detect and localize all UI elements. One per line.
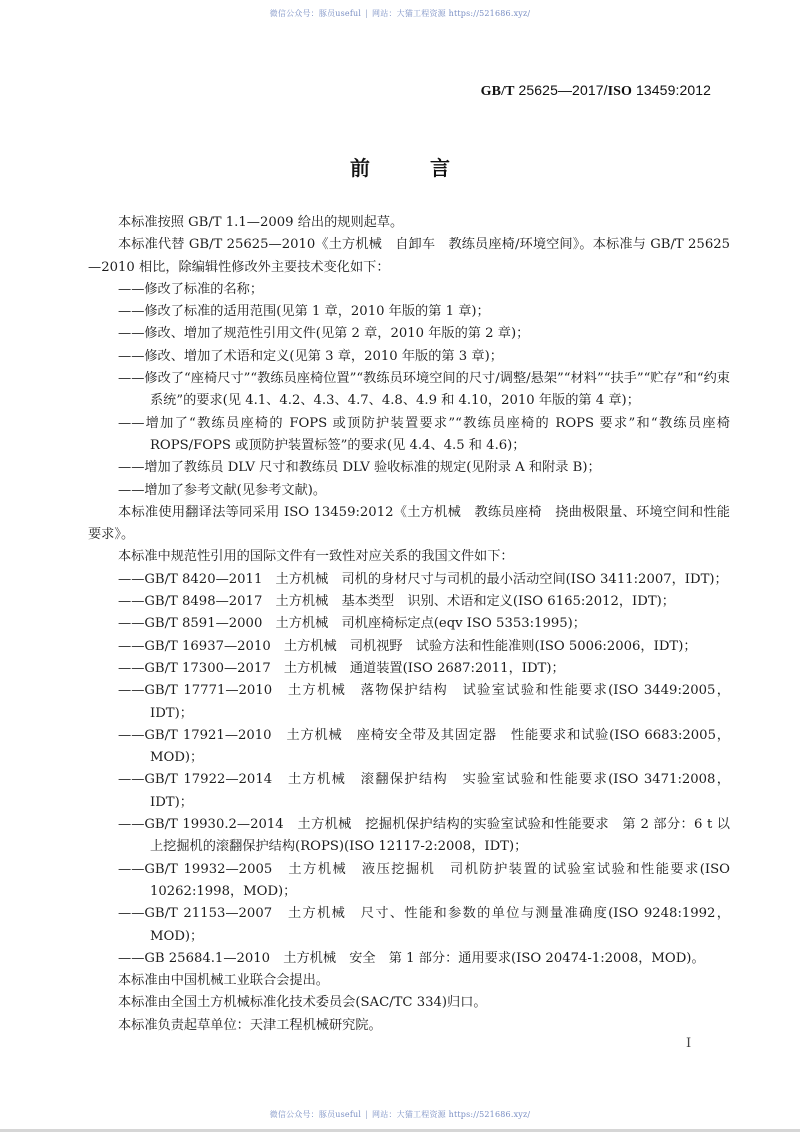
list-item: ——修改了标准的适用范围(见第 1 章，2010 年版的第 1 章)；	[88, 301, 730, 323]
watermark-wechat-text: 微信公众号：豚员useful	[270, 9, 361, 18]
paragraph: 本标准由中国机械工业联合会提出。	[88, 970, 730, 992]
page-title: 前言	[0, 152, 800, 181]
iso-number: 13459:2012	[632, 82, 711, 98]
list-item: ——增加了参考文献(见参考文献)。	[88, 480, 730, 502]
foreword-body: 本标准按照 GB/T 1.1—2009 给出的规则起草。本标准代替 GB/T 2…	[88, 212, 730, 1037]
paragraph: 本标准由全国土方机械标准化技术委员会(SAC/TC 334)归口。	[88, 992, 730, 1014]
list-item: ——GB/T 17922—2014 土方机械 滚翻保护结构 实验室试验和性能要求…	[88, 769, 730, 814]
paragraph: 本标准代替 GB/T 25625—2010《土方机械 自卸车 教练员座椅/环境空…	[88, 234, 730, 279]
list-item: ——GB/T 8498—2017 土方机械 基本类型 识别、术语和定义(ISO …	[88, 591, 730, 613]
list-item: ——GB/T 21153—2007 土方机械 尺寸、性能和参数的单位与测量准确度…	[88, 903, 730, 948]
standard-number: 25625—2017/	[515, 82, 608, 98]
list-item: ——修改、增加了规范性引用文件(见第 2 章，2010 年版的第 2 章)；	[88, 323, 730, 345]
standard-number-header: GB/T 25625—2017/ISO 13459:2012	[481, 82, 711, 100]
paragraph: 本标准使用翻译法等同采用 ISO 13459:2012《土方机械 教练员座椅 挠…	[88, 502, 730, 547]
list-item: ——GB/T 17771—2010 土方机械 落物保护结构 试验室试验和性能要求…	[88, 680, 730, 725]
watermark-website-text: 网站：大猫工程资源 https://521686.xyz/	[372, 1110, 530, 1119]
iso-prefix: ISO	[608, 84, 632, 99]
list-item: ——增加了“教练员座椅的 FOPS 或顶防护装置要求”“教练员座椅的 ROPS …	[88, 413, 730, 458]
watermark-top: 微信公众号：豚员useful|网站：大猫工程资源 https://521686.…	[0, 8, 800, 19]
watermark-separator: |	[361, 9, 372, 18]
page-number: I	[686, 1036, 691, 1051]
list-item: ——修改、增加了术语和定义(见第 3 章，2010 年版的第 3 章)；	[88, 346, 730, 368]
paragraph: 本标准按照 GB/T 1.1—2009 给出的规则起草。	[88, 212, 730, 234]
list-item: ——GB/T 17921—2010 土方机械 座椅安全带及其固定器 性能要求和试…	[88, 725, 730, 770]
list-item: ——GB/T 19932—2005 土方机械 液压挖掘机 司机防护装置的试验室试…	[88, 859, 730, 904]
list-item: ——修改了“座椅尺寸”“教练员座椅位置”“教练员环境空间的尺寸/调整/悬架”“材…	[88, 368, 730, 413]
paragraph: 本标准中规范性引用的国际文件有一致性对应关系的我国文件如下：	[88, 546, 730, 568]
list-item: ——GB/T 19930.2—2014 土方机械 挖掘机保护结构的实验室试验和性…	[88, 814, 730, 859]
list-item: ——GB/T 16937—2010 土方机械 司机视野 试验方法和性能准则(IS…	[88, 636, 730, 658]
watermark-bottom: 微信公众号：豚员useful|网站：大猫工程资源 https://521686.…	[0, 1109, 800, 1120]
list-item: ——GB 25684.1—2010 土方机械 安全 第 1 部分：通用要求(IS…	[88, 948, 730, 970]
list-item: ——修改了标准的名称；	[88, 279, 730, 301]
list-item: ——GB/T 8420—2011 土方机械 司机的身材尺寸与司机的最小活动空间(…	[88, 569, 730, 591]
list-item: ——GB/T 17300—2017 土方机械 通道装置(ISO 2687:201…	[88, 658, 730, 680]
watermark-wechat-text: 微信公众号：豚员useful	[270, 1110, 361, 1119]
standard-prefix: GB/T	[481, 84, 515, 99]
watermark-separator: |	[361, 1110, 372, 1119]
paragraph: 本标准负责起草单位：天津工程机械研究院。	[88, 1015, 730, 1037]
list-item: ——增加了教练员 DLV 尺寸和教练员 DLV 验收标准的规定(见附录 A 和附…	[88, 457, 730, 479]
watermark-website-text: 网站：大猫工程资源 https://521686.xyz/	[372, 9, 530, 18]
list-item: ——GB/T 8591—2000 土方机械 司机座椅标定点(eqv ISO 53…	[88, 613, 730, 635]
